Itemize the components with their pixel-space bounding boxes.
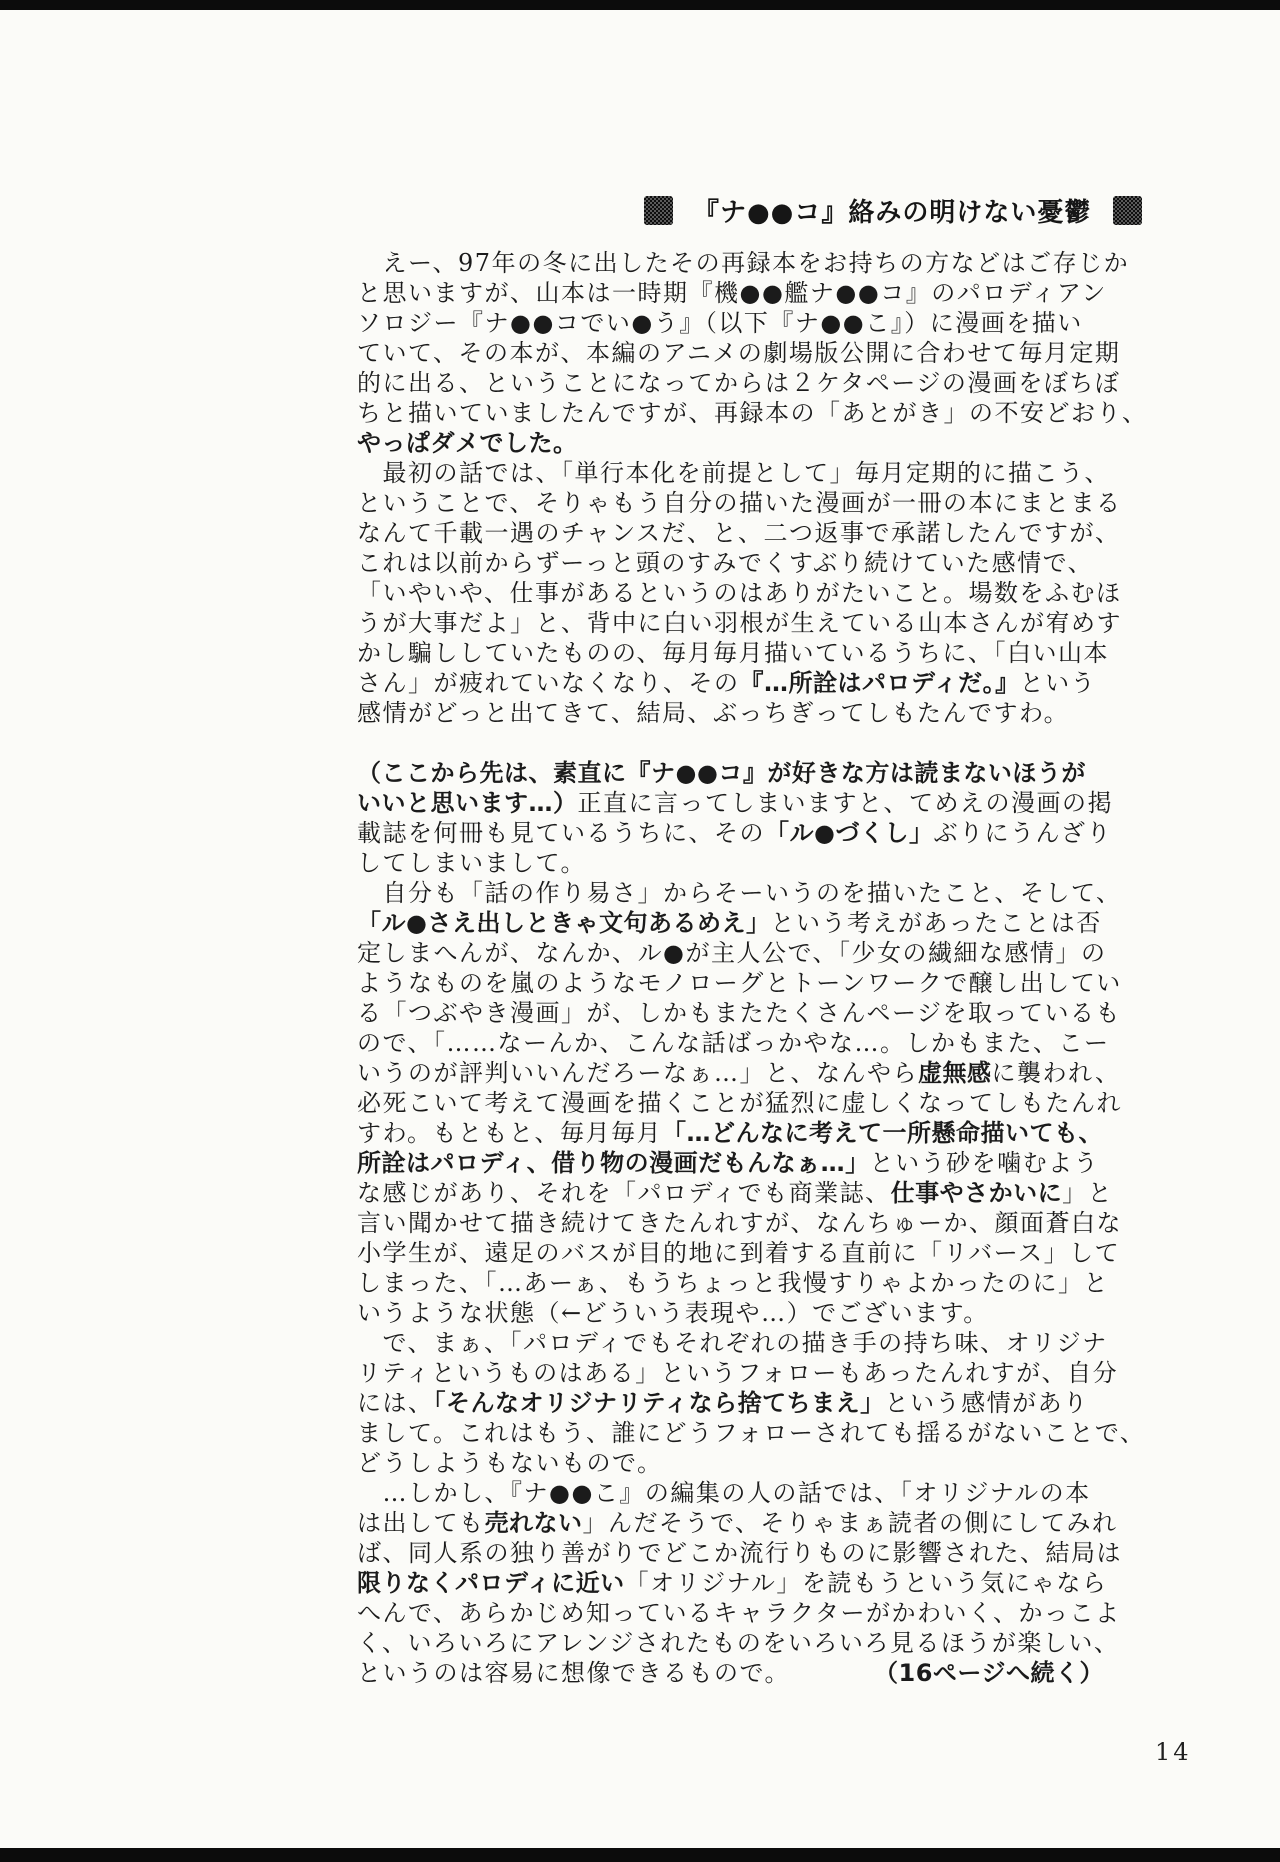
text-line: ということで、そりゃもう自分の描いた漫画が一冊の本にまとまる [357, 488, 1137, 518]
text-run: という考えがあったことは否 [770, 909, 1101, 937]
text-line: ば、同人系の独り善がりでどこか流行りものに影響された、結局は [357, 1538, 1137, 1568]
emphasis-text-run: 所詮はパロディ、借り物の漫画だもんなぁ…」 [357, 1149, 870, 1177]
text-line: すわ。もともと、毎月毎月「…どんなに考えて一所懸命描いても、 [357, 1118, 1137, 1148]
text-line: 「ル●さえ出しときゃ文句あるめえ」という考えがあったことは否 [357, 908, 1137, 938]
text-run: しまった、「…あーぁ、もうちょっと我慢すりゃよかったのに」と [357, 1269, 1109, 1297]
text-run: は出しても [357, 1509, 485, 1537]
text-run: うが大事だよ」と、背中に白い羽根が生えている山本さんが宥めす [357, 609, 1122, 637]
emphasis-text-run: やっぱダメでした。 [357, 429, 578, 457]
emphasis-text-run: 「そんなオリジナリティなら捨てちまえ」 [434, 1389, 885, 1417]
emphasis-text-run: （16ページへ続く） [886, 1659, 1104, 1687]
text-line: （ここから先は、素直に『ナ●●コ』が好きな方は読まないほうが [357, 758, 1137, 788]
text-run: さん」が疲れていなくなり、その [357, 669, 740, 697]
text-line: 「いやいや、仕事があるというのはありがたいこと。場数をふむほ [357, 578, 1137, 608]
text-run: ぶりにうんざり [933, 819, 1112, 847]
text-line: 限りなくパロディに近い「オリジナル」を読もうという気にゃなら [357, 1568, 1137, 1598]
body-text: えー、97年の冬に出したその再録本をお持ちの方などはご存じかと思いますが、山本は… [357, 248, 1137, 1688]
text-run: という [1020, 669, 1097, 697]
emphasis-text-run: 『…所詮はパロディだ。』 [740, 669, 1020, 697]
text-line: な感じがあり、それを「パロディでも商業誌、仕事やさかいに」と [357, 1178, 1137, 1208]
text-run: というのは容易に想像できるもので。 [357, 1659, 790, 1687]
emphasis-text-run: 限りなくパロディに近い [357, 1569, 625, 1597]
text-line: してしまいまして。 [357, 848, 1137, 878]
text-run: いうような状態（←どういう表現や…）でございます。 [357, 1299, 989, 1327]
text-run: 最初の話では、「単行本化を前提として」毎月定期的に描こう、 [357, 459, 1110, 487]
text-line: は出しても売れない」んだそうで、そりゃまぁ読者の側にしてみれ [357, 1508, 1137, 1538]
text-line: 自分も「話の作り易さ」からそーいうのを描いたこと、そして、 [357, 878, 1137, 908]
text-run: いうのが評判いいんだろーなぁ…」と、なんやら [357, 1059, 918, 1087]
text-line: で、まぁ、「パロディでもそれぞれの描き手の持ち味、オリジナ [357, 1328, 1137, 1358]
text-line: いうのが評判いいんだろーなぁ…」と、なんやら虚無感に襲われ、 [357, 1058, 1137, 1088]
text-line: どうしようもないもので。 [357, 1448, 1137, 1478]
scan-edge-bottom [0, 1848, 1280, 1862]
paragraph: 自分も「話の作り易さ」からそーいうのを描いたこと、そして、「ル●さえ出しときゃ文… [357, 878, 1137, 1328]
text-run: く、いろいろにアレンジされたものをいろいろ見るほうが楽しい、 [357, 1629, 1119, 1657]
scanned-page: { "colors": { "ink": "#1b1b1b", "paper":… [0, 0, 1280, 1862]
text-run: …しかし、『ナ●●こ』の編集の人の話では、「オリジナルの本 [357, 1479, 1091, 1507]
text-line: ようなものを嵐のようなモノローグとトーンワークで醸し出してい [357, 968, 1137, 998]
text-line: なんて千載一遇のチャンスだ、と、二つ返事で承諾したんですが、 [357, 518, 1137, 548]
text-run: ので、「……なーんか、こんな話ばっかやな…。しかもまた、こー [357, 1029, 1110, 1057]
text-run: へんで、あらかじめ知っているキャラクターがかわいく、かっこよ [357, 1599, 1121, 1627]
ornament-square-left-icon [644, 196, 673, 225]
text-run: で、まぁ、「パロディでもそれぞれの描き手の持ち味、オリジナ [357, 1329, 1108, 1357]
text-line: 定しまへんが、なんか、ル●が主人公で、「少女の繊細な感情」の [357, 938, 1137, 968]
text-line: 最初の話では、「単行本化を前提として」毎月定期的に描こう、 [357, 458, 1137, 488]
text-line: 載誌を何冊も見ているうちに、その「ル●づくし」ぶりにうんざり [357, 818, 1137, 848]
text-run: 」と [1062, 1179, 1113, 1207]
text-run: 感情がどっと出てきて、結局、ぶっちぎってしもたんですわ。 [357, 699, 1069, 727]
emphasis-text-run: 虚無感 [918, 1059, 992, 1087]
emphasis-text-run: （ここから先は、素直に『ナ●●コ』が好きな方は読まないほうが [357, 759, 1086, 787]
text-line: 的に出る、ということになってからは２ケタページの漫画をぼちぼ [357, 368, 1137, 398]
text-run: ちと描いていましたんですが、再録本の「あとがき」の不安どおり、 [357, 399, 1148, 427]
text-line: しまった、「…あーぁ、もうちょっと我慢すりゃよかったのに」と [357, 1268, 1137, 1298]
text-line: これは以前からずーっと頭のすみでくすぶり続けていた感情で、 [357, 548, 1137, 578]
text-line: 感情がどっと出てきて、結局、ぶっちぎってしもたんですわ。 [357, 698, 1137, 728]
text-run: ていて、その本が、本編のアニメの劇場版公開に合わせて毎月定期 [357, 339, 1120, 367]
text-run: 「オリジナル」を読もうという気にゃなら [625, 1569, 1108, 1597]
text-run: 小学生が、遠足のバスが目的地に到着する直前に「リバース」して [357, 1239, 1120, 1267]
text-line: ていて、その本が、本編のアニメの劇場版公開に合わせて毎月定期 [357, 338, 1137, 368]
text-line: には、「そんなオリジナリティなら捨てちまえ」という感情があり [357, 1388, 1137, 1418]
emphasis-text-run: 「ル●づくし」 [765, 819, 933, 847]
ornament-square-right-icon [1113, 196, 1142, 225]
text-line: まして。これはもう、誰にどうフォローされても揺るがないことで、 [357, 1418, 1137, 1448]
text-line: さん」が疲れていなくなり、その『…所詮はパロディだ。』という [357, 668, 1137, 698]
text-run: ということで、そりゃもう自分の描いた漫画が一冊の本にまとまる [357, 489, 1122, 517]
text-line: えー、97年の冬に出したその再録本をお持ちの方などはご存じか [357, 248, 1137, 278]
text-line: やっぱダメでした。 [357, 428, 1137, 458]
text-run: る「つぶやき漫画」が、しかもまたたくさんページを取っているも [357, 999, 1121, 1027]
emphasis-text-run: 売れない [485, 1509, 583, 1537]
text-line: ソロジー『ナ●●コでい●う』（以下『ナ●●こ』）に漫画を描い [357, 308, 1137, 338]
text-line: と思いますが、山本は一時期『機●●艦ナ●●コ』のパロディアン [357, 278, 1137, 308]
emphasis-text-run: いいと思います…） [357, 789, 578, 817]
paragraph: （ここから先は、素直に『ナ●●コ』が好きな方は読まないほうがいいと思います…）正… [357, 758, 1137, 878]
text-run: 「いやいや、仕事があるというのはありがたいこと。場数をふむほ [357, 579, 1122, 607]
text-run: してしまいまして。 [357, 849, 586, 877]
text-line: へんで、あらかじめ知っているキャラクターがかわいく、かっこよ [357, 1598, 1137, 1628]
emphasis-text-run: 仕事やさかいに [891, 1179, 1063, 1207]
text-run: どうしようもないもので。 [357, 1449, 663, 1477]
text-line: リティというものはある」というフォローもあったんれすが、自分 [357, 1358, 1137, 1388]
text-run: 必死こいて考えて漫画を描くことが猛烈に虚しくなってしもたんれ [357, 1089, 1122, 1117]
page-title: 『ナ●●コ』絡みの明けない憂鬱 [693, 192, 1091, 229]
text-run: 的に出る、ということになってからは２ケタページの漫画をぼちぼ [357, 369, 1120, 397]
paragraph: で、まぁ、「パロディでもそれぞれの描き手の持ち味、オリジナリティというものはある… [357, 1328, 1137, 1478]
text-line: いいと思います…）正直に言ってしまいますと、てめえの漫画の掲 [357, 788, 1137, 818]
text-line: る「つぶやき漫画」が、しかもまたたくさんページを取っているも [357, 998, 1137, 1028]
text-run: に襲われ、 [992, 1059, 1121, 1087]
text-run: リティというものはある」というフォローもあったんれすが、自分 [357, 1359, 1118, 1387]
text-line: ちと描いていましたんですが、再録本の「あとがき」の不安どおり、 [357, 398, 1137, 428]
text-line: く、いろいろにアレンジされたものをいろいろ見るほうが楽しい、 [357, 1628, 1137, 1658]
text-run: には、 [357, 1389, 434, 1417]
text-line: 所詮はパロディ、借り物の漫画だもんなぁ…」という砂を噛むよう [357, 1148, 1137, 1178]
text-line: うが大事だよ」と、背中に白い羽根が生えている山本さんが宥めす [357, 608, 1137, 638]
text-run: 」んだそうで、そりゃまぁ読者の側にしてみれ [583, 1509, 1118, 1537]
text-line: ので、「……なーんか、こんな話ばっかやな…。しかもまた、こー [357, 1028, 1137, 1058]
text-line: 言い聞かせて描き続けてきたんれすが、なんちゅーか、顔面蒼白な [357, 1208, 1137, 1238]
emphasis-text-run: 「…どんなに考えて一所懸命描いても、 [662, 1119, 1103, 1147]
text-run: 定しまへんが、なんか、ル●が主人公で、「少女の繊細な感情」の [357, 939, 1106, 967]
text-run: えー、97年の冬に出したその再録本をお持ちの方などはご存じか [357, 249, 1129, 277]
emphasis-text-run: 「ル●さえ出しときゃ文句あるめえ」 [357, 909, 770, 937]
text-line: かし騙ししていたものの、毎月毎月描いているうちに、「白い山本 [357, 638, 1137, 668]
text-run: まして。これはもう、誰にどうフォローされても揺るがないことで、 [357, 1419, 1145, 1447]
scan-edge-top [0, 0, 1280, 10]
text-run: と思いますが、山本は一時期『機●●艦ナ●●コ』のパロディアン [357, 279, 1107, 307]
text-run: 正直に言ってしまいますと、てめえの漫画の掲 [578, 789, 1114, 817]
text-run: という砂を噛むよう [870, 1149, 1100, 1177]
text-run: ソロジー『ナ●●コでい●う』（以下『ナ●●こ』）に漫画を描い [357, 309, 1083, 337]
text-run: ようなものを嵐のようなモノローグとトーンワークで醸し出してい [357, 969, 1122, 997]
text-run: これは以前からずーっと頭のすみでくすぶり続けていた感情で、 [357, 549, 1093, 577]
text-line: というのは容易に想像できるもので。（16ページへ続く） [357, 1658, 1137, 1688]
text-run: 載誌を何冊も見ているうちに、その [357, 819, 765, 847]
text-run: すわ。もともと、毎月毎月 [357, 1119, 662, 1147]
text-run: 自分も「話の作り易さ」からそーいうのを描いたこと、そして、 [357, 879, 1122, 907]
text-line: …しかし、『ナ●●こ』の編集の人の話では、「オリジナルの本 [357, 1478, 1137, 1508]
page-number: 14 [1155, 1738, 1192, 1766]
text-run: という感情があり [885, 1389, 1089, 1417]
paragraph: えー、97年の冬に出したその再録本をお持ちの方などはご存じかと思いますが、山本は… [357, 248, 1137, 458]
paragraph: 最初の話では、「単行本化を前提として」毎月定期的に描こう、ということで、そりゃも… [357, 458, 1137, 728]
text-run: ば、同人系の独り善がりでどこか流行りものに影響された、結局は [357, 1539, 1122, 1567]
text-line: いうような状態（←どういう表現や…）でございます。 [357, 1298, 1137, 1328]
text-line: 小学生が、遠足のバスが目的地に到着する直前に「リバース」して [357, 1238, 1137, 1268]
section-header: 『ナ●●コ』絡みの明けない憂鬱 [644, 192, 1142, 229]
text-run: な感じがあり、それを「パロディでも商業誌、 [357, 1179, 891, 1207]
text-run: かし騙ししていたものの、毎月毎月描いているうちに、「白い山本 [357, 639, 1109, 667]
paragraph: …しかし、『ナ●●こ』の編集の人の話では、「オリジナルの本は出しても売れない」ん… [357, 1478, 1137, 1688]
text-run: なんて千載一遇のチャンスだ、と、二つ返事で承諾したんですが、 [357, 519, 1121, 547]
text-line: 必死こいて考えて漫画を描くことが猛烈に虚しくなってしもたんれ [357, 1088, 1137, 1118]
text-run: 言い聞かせて描き続けてきたんれすが、なんちゅーか、顔面蒼白な [357, 1209, 1122, 1237]
